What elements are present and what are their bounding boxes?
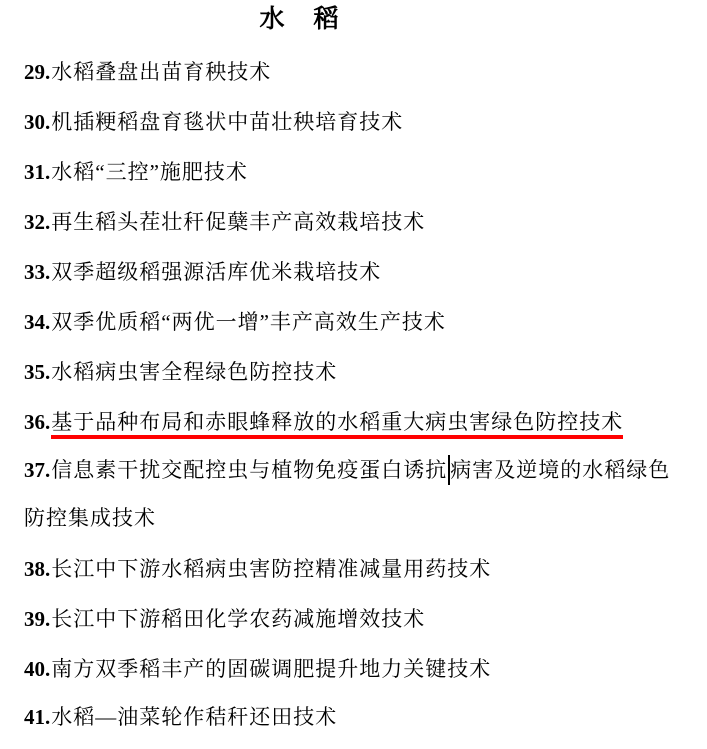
item-text: 南方双季稻丰产的固碳调肥提升地力关键技术 <box>51 657 491 681</box>
item-text: 水稻—油菜轮作秸秆还田技术 <box>51 705 337 729</box>
list-item[interactable]: 33.双季超级稻强源活库优米栽培技术 <box>24 257 381 287</box>
list-item[interactable]: 34.双季优质稻“两优一增”丰产高效生产技术 <box>24 307 446 337</box>
item-text: 再生稻头茬壮秆促蘖丰产高效栽培技术 <box>51 210 425 234</box>
list-item[interactable]: 31.水稻“三控”施肥技术 <box>24 157 248 187</box>
document-page[interactable]: 水 稻 29.水稻叠盘出苗育秧技术 30.机插粳稻盘育毯状中苗壮秧培育技术 31… <box>0 0 707 749</box>
item-text: 水稻病虫害全程绿色防控技术 <box>51 360 337 384</box>
list-item[interactable]: 38.长江中下游水稻病虫害防控精准减量用药技术 <box>24 554 491 584</box>
item-text: 病害及逆境的水稻绿色 <box>450 458 670 482</box>
list-item[interactable]: 40.南方双季稻丰产的固碳调肥提升地力关键技术 <box>24 654 491 684</box>
item-text: 双季优质稻“两优一增”丰产高效生产技术 <box>51 310 446 334</box>
list-item[interactable]: 32.再生稻头茬壮秆促蘖丰产高效栽培技术 <box>24 207 425 237</box>
item-number: 35. <box>24 360 50 384</box>
page-title: 水 稻 <box>0 5 600 35</box>
item-text: 水稻“三控”施肥技术 <box>51 160 248 184</box>
item-number: 31. <box>24 160 50 184</box>
item-text: 长江中下游水稻病虫害防控精准减量用药技术 <box>51 557 491 581</box>
item-text: 双季超级稻强源活库优米栽培技术 <box>51 260 381 284</box>
item-number: 37. <box>24 458 50 482</box>
item-number: 40. <box>24 657 50 681</box>
list-item[interactable]: 41.水稻—油菜轮作秸秆还田技术 <box>24 702 337 732</box>
item-text: 长江中下游稻田化学农药减施增效技术 <box>51 607 425 631</box>
item-number: 33. <box>24 260 50 284</box>
list-item-continuation[interactable]: 防控集成技术 <box>24 503 156 533</box>
list-item[interactable]: 35.水稻病虫害全程绿色防控技术 <box>24 357 337 387</box>
item-number: 41. <box>24 705 50 729</box>
list-item[interactable]: 29.水稻叠盘出苗育秧技术 <box>24 57 271 87</box>
list-item[interactable]: 37.信息素干扰交配控虫与植物免疫蛋白诱抗病害及逆境的水稻绿色 <box>24 455 670 485</box>
item-number: 32. <box>24 210 50 234</box>
list-item[interactable]: 30.机插粳稻盘育毯状中苗壮秧培育技术 <box>24 107 403 137</box>
item-number: 38. <box>24 557 50 581</box>
item-text: 机插粳稻盘育毯状中苗壮秧培育技术 <box>51 110 403 134</box>
item-number: 30. <box>24 110 50 134</box>
text-cursor <box>448 455 450 485</box>
item-text: 信息素干扰交配控虫与植物免疫蛋白诱抗 <box>51 458 447 482</box>
item-number: 39. <box>24 607 50 631</box>
item-text-red-underline: 基于品种布局和赤眼蜂释放的水稻重大病虫害绿色防控技术 <box>51 410 623 439</box>
item-text: 防控集成技术 <box>24 506 156 530</box>
item-number: 36. <box>24 410 50 434</box>
list-item-underlined[interactable]: 36.基于品种布局和赤眼蜂释放的水稻重大病虫害绿色防控技术 <box>24 407 623 437</box>
item-number: 29. <box>24 60 50 84</box>
list-item[interactable]: 39.长江中下游稻田化学农药减施增效技术 <box>24 604 425 634</box>
item-text: 水稻叠盘出苗育秧技术 <box>51 60 271 84</box>
item-number: 34. <box>24 310 50 334</box>
